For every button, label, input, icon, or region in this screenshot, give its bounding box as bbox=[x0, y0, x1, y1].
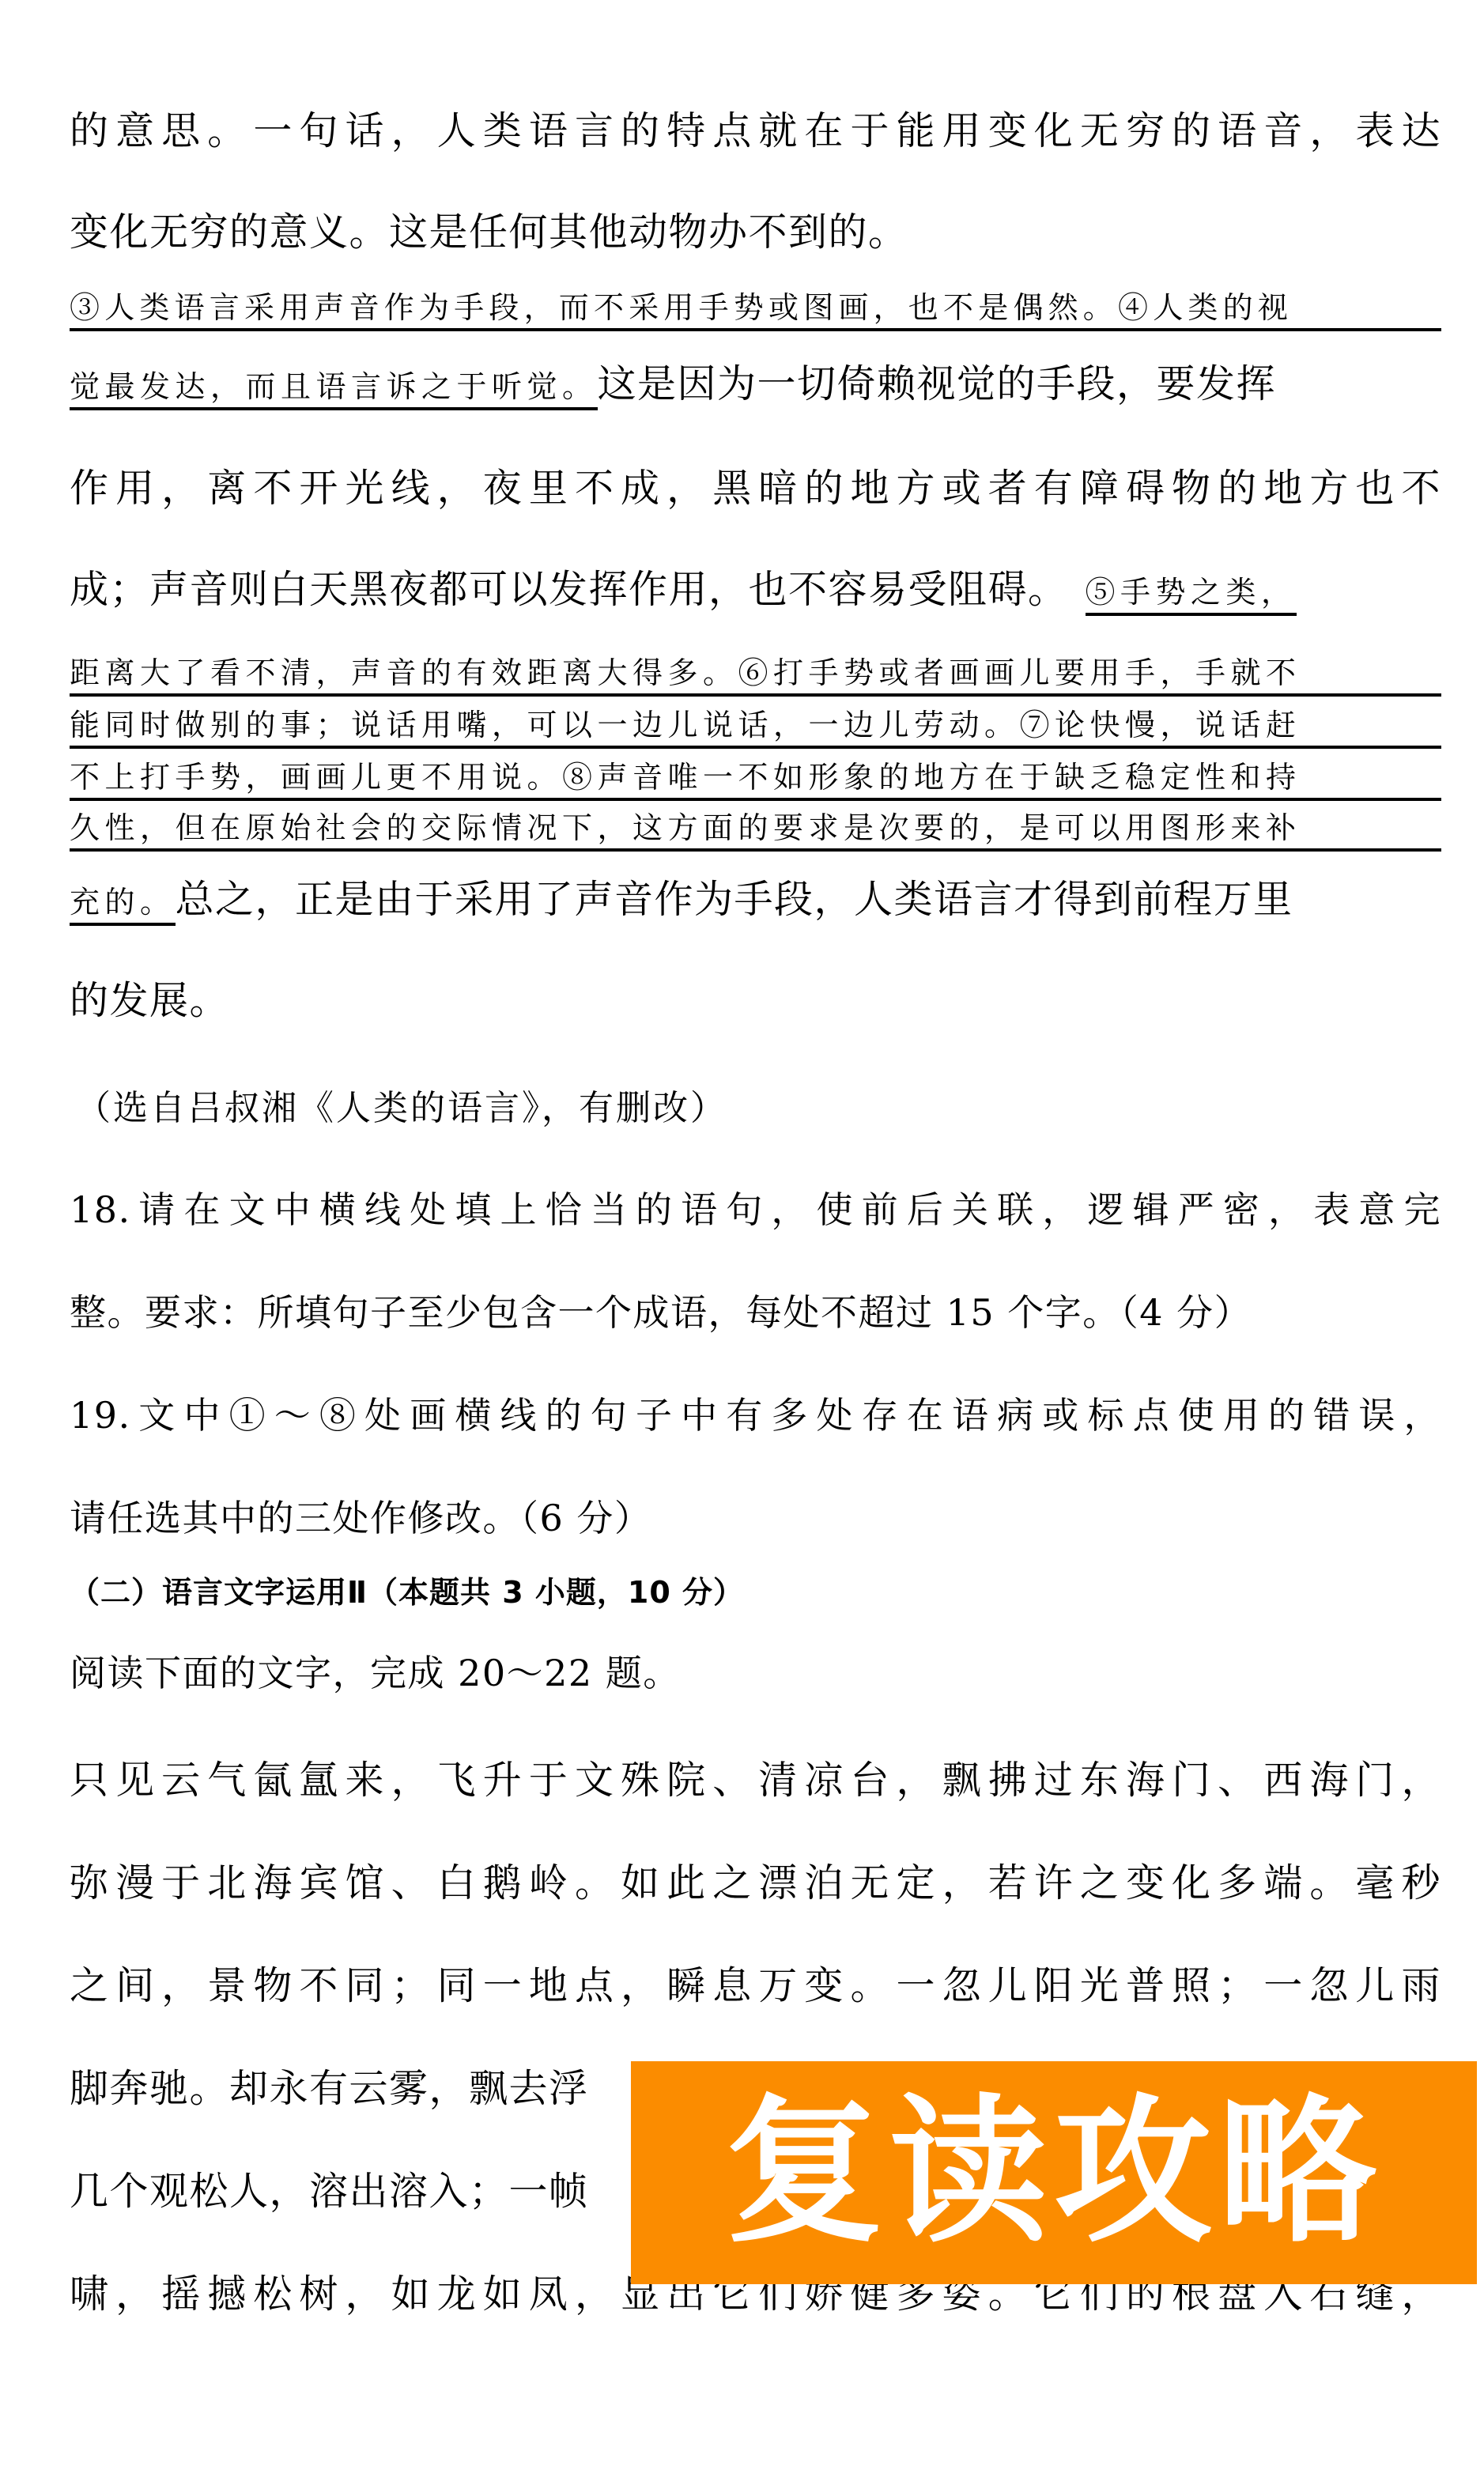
underlined-text: 久性，但在原始社会的交际情况下，这方面的要求是次要的，是可以用图形来补 bbox=[70, 807, 1441, 852]
plain-text: 成；声音则白天黑夜都可以发挥作用，也不容易受阻碍。 bbox=[70, 567, 1068, 612]
underlined-text: ③人类语言采用声音作为手段，而不采用手势或图画，也不是偶然。④人类的视 bbox=[70, 287, 1441, 331]
underlined-sentence-5-8-line-1: 距离大了看不清，声音的有效距离大得多。⑥打手势或者画画儿要用手，手就不 bbox=[70, 647, 1441, 697]
question-18-line-1: 18.请在文中横线处填上恰当的语句，使前后关联，逻辑严密，表意完 bbox=[70, 1186, 1441, 1233]
underlined-text: 能同时做别的事；说话用嘴，可以一边儿说话，一边儿劳动。⑦论快慢，说话赶 bbox=[70, 704, 1441, 749]
underlined-sentence-3-4-line-1: ③人类语言采用声音作为手段，而不采用手势或图画，也不是偶然。④人类的视 bbox=[70, 281, 1441, 331]
source-citation: （选自吕叔湘《人类的语言》，有删改） bbox=[76, 1085, 1448, 1132]
passage-line-6: 成；声音则白天黑夜都可以发挥作用，也不容易受阻碍。⑤手势之类， bbox=[70, 566, 1441, 616]
underlined-sentence-5-8-line-2: 能同时做别的事；说话用嘴，可以一边儿说话，一边儿劳动。⑦论快慢，说话赶 bbox=[70, 699, 1441, 749]
underlined-text: ⑤手势之类， bbox=[1086, 572, 1297, 616]
underlined-sentence-5-8-line-3: 不上打手势，画画儿更不用说。⑧声音唯一不如形象的地方在于缺乏稳定性和持 bbox=[70, 751, 1441, 801]
passage2-line-3: 之间，景物不同；同一地点，瞬息万变。一忽儿阳光普照；一忽儿雨 bbox=[70, 1962, 1441, 2010]
passage-line-conclusion: 充的。总之，正是由于采用了声音作为手段，人类语言才得到前程万里 bbox=[70, 876, 1441, 926]
underlined-sentence-5-8-line-4: 久性，但在原始社会的交际情况下，这方面的要求是次要的，是可以用图形来补 bbox=[70, 802, 1441, 852]
watermark-banner: 复读攻略 bbox=[631, 2061, 1477, 2284]
section-header: （二）语言文字运用Ⅱ（本题共 3 小题，10 分） bbox=[70, 1569, 1441, 1616]
exam-page: 的意思。一句话，人类语言的特点就在于能用变化无穷的语音，表达 变化无穷的意义。这… bbox=[0, 0, 1484, 2470]
watermark-text: 复读攻略 bbox=[725, 2094, 1383, 2252]
question-18-line-2: 整。要求：所填句子至少包含一个成语，每处不超过 15 个字。（4 分） bbox=[70, 1289, 1441, 1336]
section-instruction: 阅读下面的文字，完成 20～22 题。 bbox=[70, 1649, 1441, 1697]
passage-line-4: 觉最发达，而且语言诉之于听觉。这是因为一切倚赖视觉的手段，要发挥 bbox=[70, 361, 1441, 410]
passage2-line-1: 只见云气氤氲来，飞升于文殊院、清凉台，飘拂过东海门、西海门， bbox=[70, 1757, 1441, 1804]
underlined-text: 觉最发达，而且语言诉之于听觉。 bbox=[70, 366, 598, 410]
plain-text: 总之，正是由于采用了声音作为手段，人类语言才得到前程万里 bbox=[176, 877, 1293, 922]
underlined-text: 不上打手势，画画儿更不用说。⑧声音唯一不如形象的地方在于缺乏稳定性和持 bbox=[70, 757, 1441, 801]
underlined-text: 充的。 bbox=[70, 882, 176, 926]
plain-text: 这是因为一切倚赖视觉的手段，要发挥 bbox=[598, 361, 1277, 406]
question-19-line-1: 19.文中①～⑧处画横线的句子中有多处存在语病或标点使用的错误， bbox=[70, 1392, 1441, 1439]
passage2-line-2: 弥漫于北海宾馆、白鹅岭。如此之漂泊无定，若许之变化多端。毫秒 bbox=[70, 1860, 1441, 1907]
passage-line-2: 变化无穷的意义。这是任何其他动物办不到的。 bbox=[70, 209, 1441, 256]
question-19-line-2: 请任选其中的三处作修改。（6 分） bbox=[70, 1494, 1441, 1542]
passage-line-5: 作用，离不开光线，夜里不成，黑暗的地方或者有障碍物的地方也不 bbox=[70, 465, 1441, 512]
passage-line-1: 的意思。一句话，人类语言的特点就在于能用变化无穷的语音，表达 bbox=[70, 108, 1441, 155]
passage-line-last: 的发展。 bbox=[70, 977, 1441, 1025]
underlined-text: 距离大了看不清，声音的有效距离大得多。⑥打手势或者画画儿要用手，手就不 bbox=[70, 652, 1441, 697]
